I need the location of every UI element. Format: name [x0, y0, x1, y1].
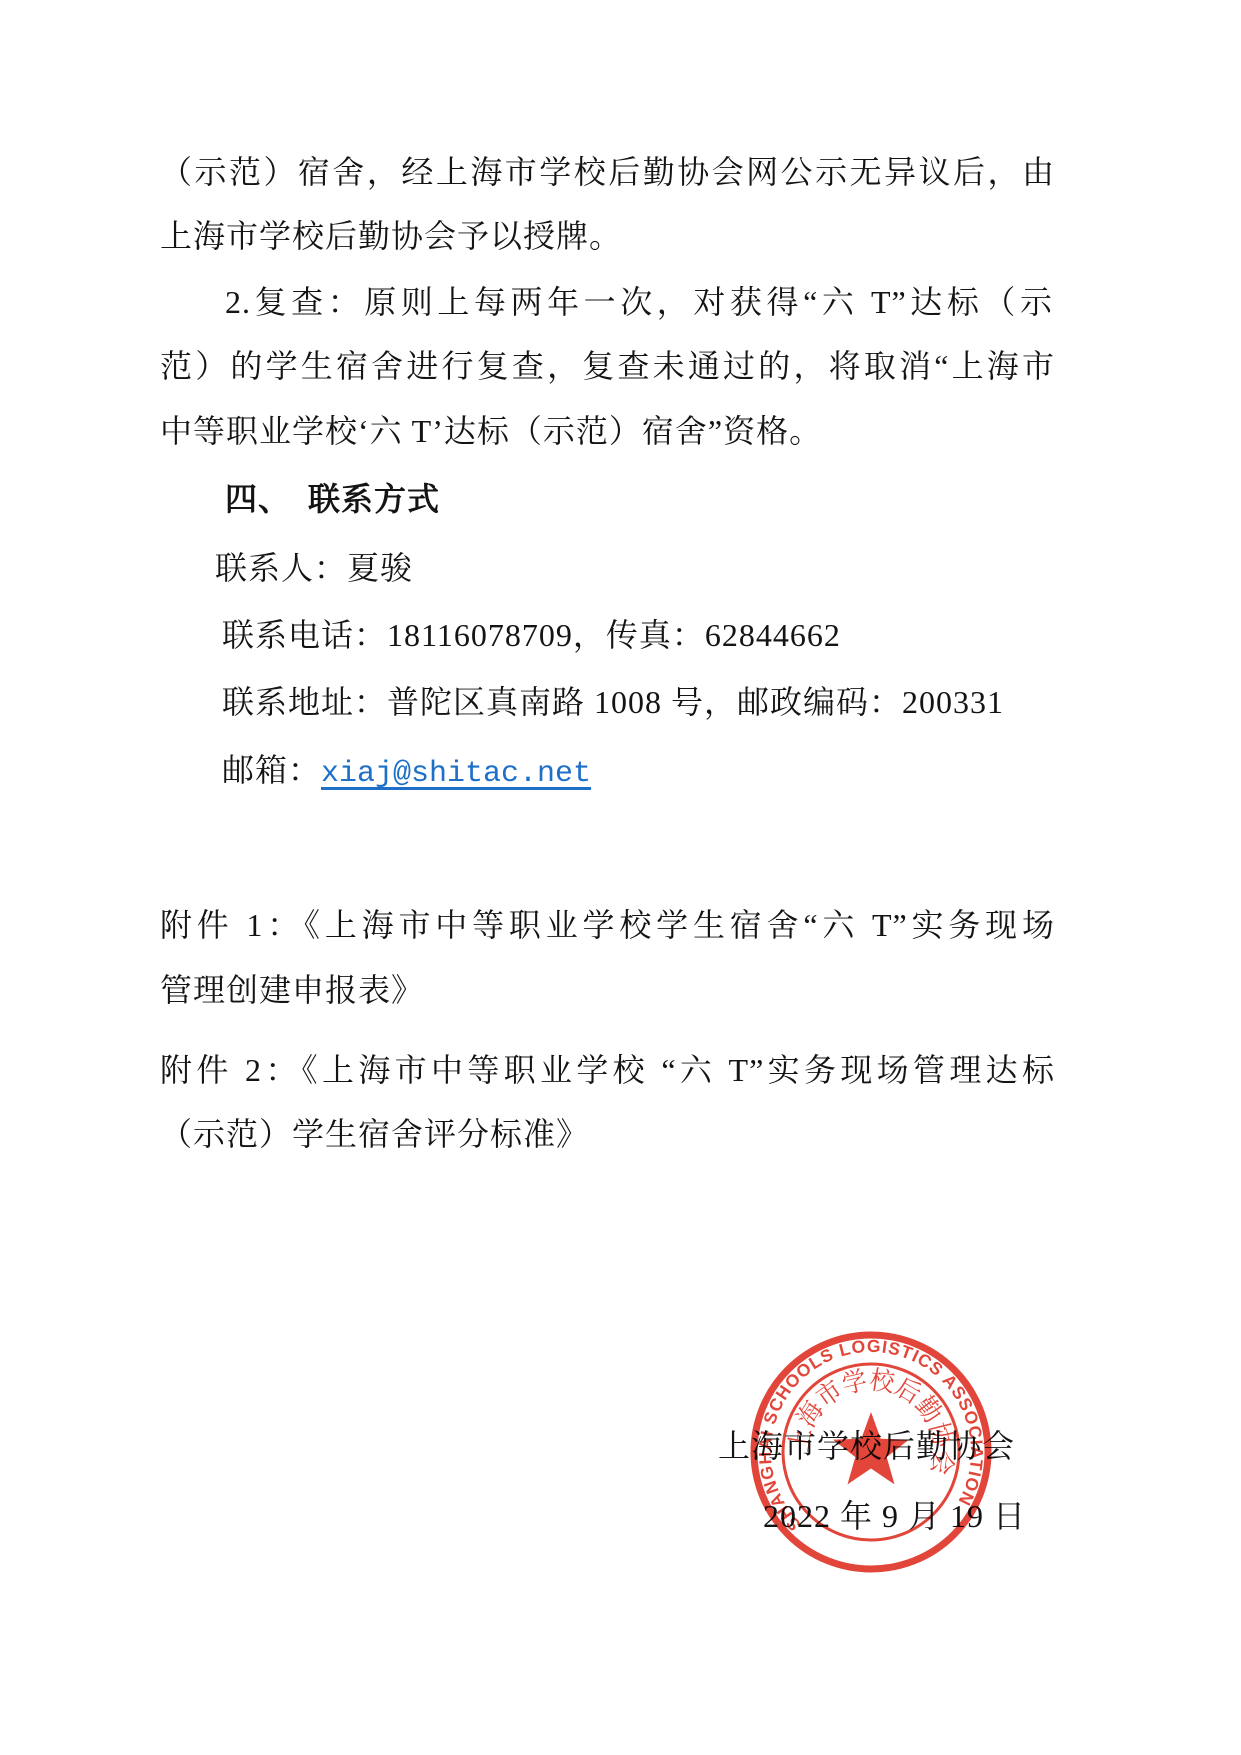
attachment1-line-1: 附件 1：《上海市中等职业学校学生宿舍“六 T”实务现场 [160, 903, 1055, 947]
paragraph-award-line-2: 上海市学校后勤协会予以授牌。 [160, 214, 622, 258]
attachment2-line-2: （示范）学生宿舍评分标准》 [160, 1112, 589, 1156]
attachment2-line-1: 附件 2：《上海市中等职业学校 “六 T”实务现场管理达标 [160, 1048, 1055, 1092]
official-seal-stamp: SHANGHAI SCHOOLS LOGISTICS ASSOCIATION 上… [749, 1330, 993, 1574]
paragraph-review-line-2: 范）的学生宿舍进行复查，复查未通过的，将取消“上海市 [160, 344, 1055, 388]
paragraph-review-line-1: 2.复查：原则上每两年一次，对获得“六 T”达标（示 [225, 280, 1053, 324]
contact-person-line: 联系人：夏骏 [215, 546, 413, 590]
seal-star-icon [833, 1412, 909, 1484]
contact-address-line: 联系地址：普陀区真南路 1008 号，邮政编码：200331 [222, 680, 1004, 724]
paragraph-award-line-1: （示范）宿舍，经上海市学校后勤协会网公示无异议后，由 [160, 150, 1055, 194]
email-label: 邮箱： [222, 752, 321, 788]
email-link[interactable]: xiaj@shitac.net [321, 757, 591, 791]
paragraph-review-line-3: 中等职业学校‘六 T’达标（示范）宿舍”资格。 [160, 409, 822, 453]
contact-email-line: 邮箱：xiaj@shitac.net [222, 748, 591, 796]
section-heading-contact: 四、 联系方式 [225, 477, 440, 521]
contact-phone-line: 联系电话：18116078709，传真：62844662 [222, 613, 841, 657]
document-page: （示范）宿舍，经上海市学校后勤协会网公示无异议后，由 上海市学校后勤协会予以授牌… [0, 0, 1241, 1755]
attachment1-line-2: 管理创建申报表》 [160, 968, 424, 1012]
